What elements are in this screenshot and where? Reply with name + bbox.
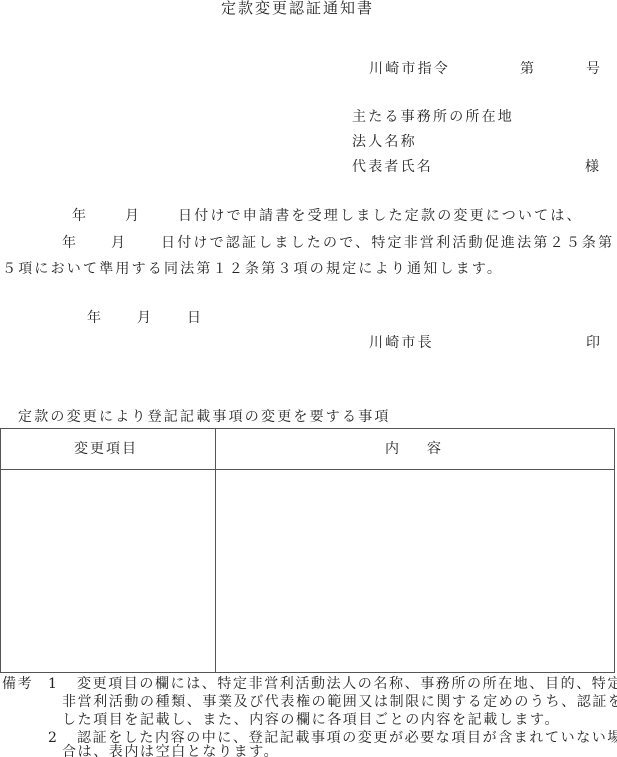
body-line1-text: 日付けで申請書を受理しました定款の変更については、 xyxy=(178,208,583,224)
content-cell xyxy=(216,470,614,672)
body-line2-text: 日付けで認証しましたので、特定非営利活動促進法第２５条第 xyxy=(161,235,614,251)
document-title: 定款変更認証通知書 xyxy=(221,0,374,16)
column-header-change-item: 変更項目 xyxy=(74,441,138,457)
remark-2-number: 2 xyxy=(48,730,59,746)
change-items-table: 変更項目 内 容 xyxy=(0,428,615,673)
remark-1-line3: した項目を記載し、また、内容の欄に各項目ごとの内容を記載します。 xyxy=(62,712,560,728)
body-line2-nen: 年 xyxy=(62,235,76,251)
corp-name-label: 法人名称 xyxy=(352,134,417,150)
body-line2-tsuki: 月 xyxy=(111,235,125,251)
issuer-name: 川崎市長 xyxy=(369,335,434,351)
designation-go: 号 xyxy=(586,61,600,77)
remarks-label: 備考 xyxy=(2,676,33,692)
remark-1-line1: 変更項目の欄には、特定非営利活動法人の名称、事務所の所在地、目的、特定 xyxy=(77,676,617,692)
body-line1-nen: 年 xyxy=(72,208,86,224)
remark-2-line2: 合は、表内は空白となります。 xyxy=(62,744,279,757)
date-nen: 年 xyxy=(87,310,101,326)
remark-1-number: 1 xyxy=(48,676,59,692)
body-line3-text: ５項において準用する同法第１２条第３項の規定により通知します。 xyxy=(2,261,503,277)
office-location-label: 主たる事務所の所在地 xyxy=(352,109,514,125)
designation-prefix: 川崎市指令 xyxy=(369,61,450,77)
date-tsuki: 月 xyxy=(137,310,151,326)
date-hi: 日 xyxy=(187,310,201,326)
body-line1-tsuki: 月 xyxy=(125,208,139,224)
change-item-cell xyxy=(1,470,215,672)
designation-dai: 第 xyxy=(520,61,534,77)
honorific: 様 xyxy=(585,159,599,175)
column-header-content: 内 容 xyxy=(385,441,441,457)
table-caption: 定款の変更により登記記載事項の変更を要する事項 xyxy=(18,409,391,425)
remark-1-line2: 非営利活動の種類、事業及び代表権の範囲又は制限に関する定めのうち、認証を xyxy=(62,694,617,710)
seal-mark: 印 xyxy=(586,335,600,351)
representative-label: 代表者氏名 xyxy=(352,159,433,175)
